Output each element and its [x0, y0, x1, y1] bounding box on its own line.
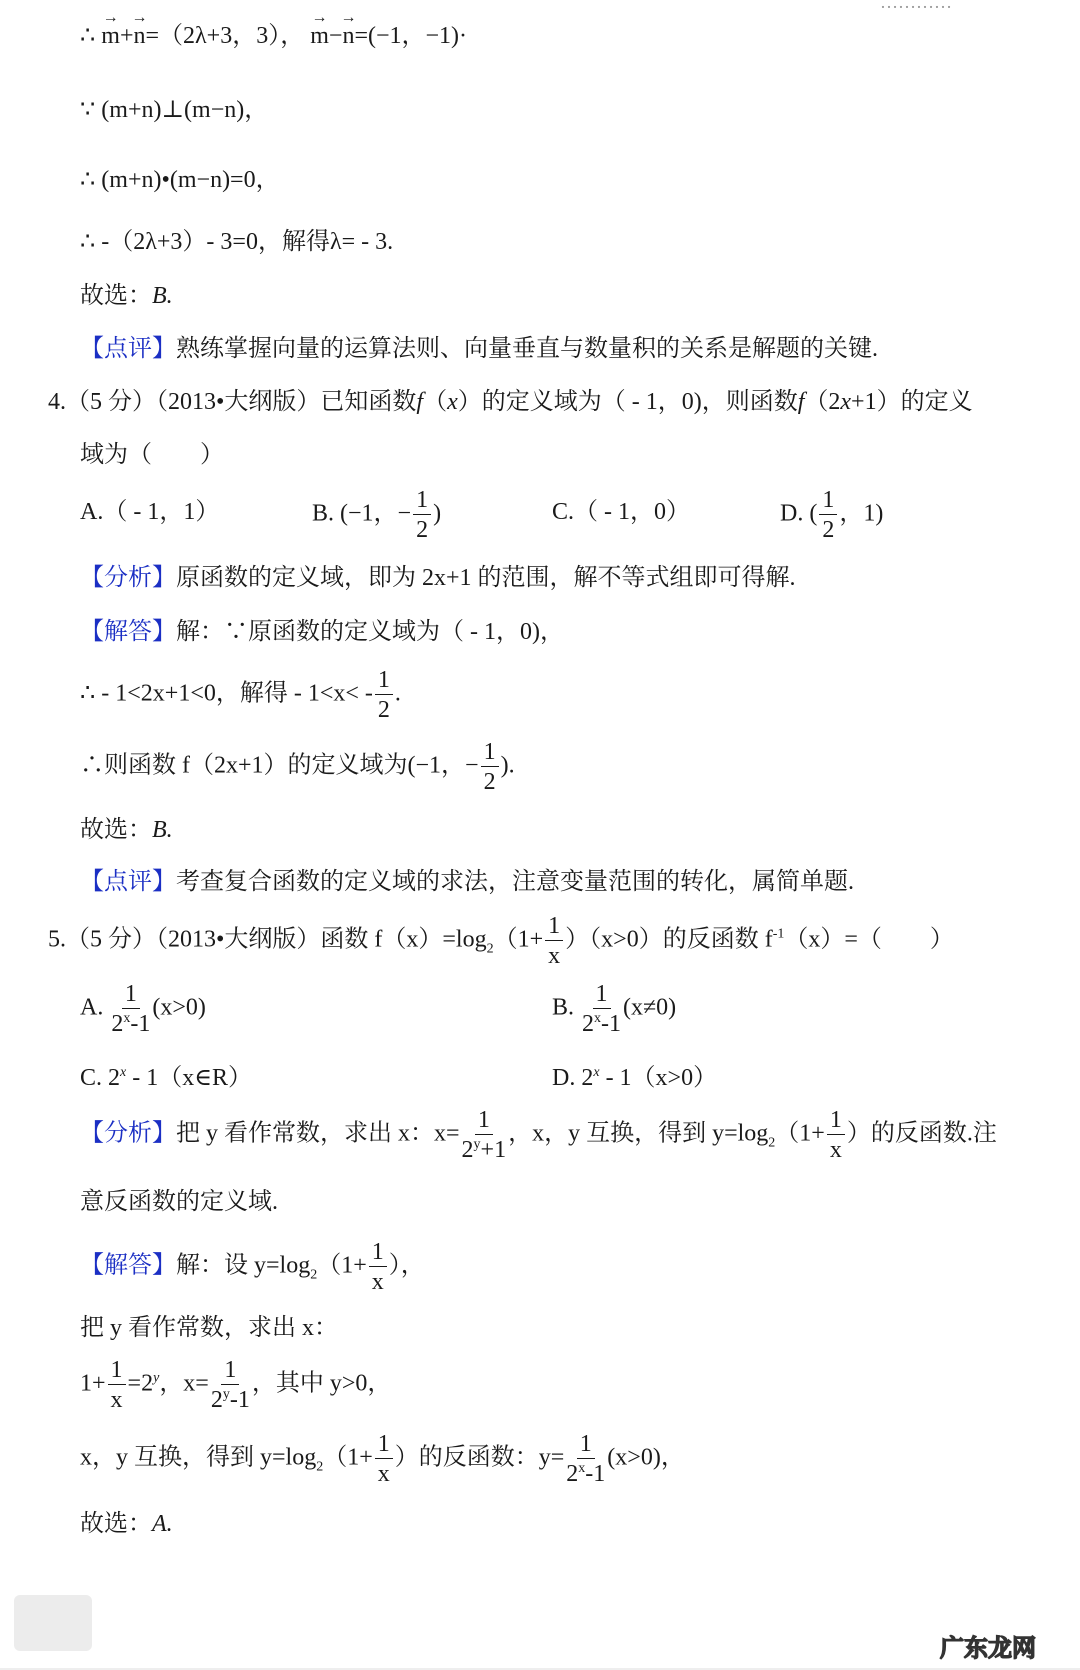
condition: (x>0): [152, 995, 206, 1021]
vector-m: m: [101, 24, 120, 48]
base: 2: [581, 1065, 593, 1091]
q3-equation-line: ∴ -（2λ+3）- 3=0，解得λ= - 3.: [80, 230, 393, 254]
q4-comment: 【点评】考查复合函数的定义域的求法，注意变量范围的转化，属简单题.: [80, 870, 854, 894]
base: 2: [108, 1065, 120, 1091]
q5-solution-line3: 1+1x=2y，x=12y-1，其中 y>0，: [80, 1358, 391, 1412]
floating-corner-button[interactable]: [14, 1595, 92, 1651]
q5-stem: 5.（5 分）（2013•大纲版）函数 f（x）=log2（1+1x）（x>0）…: [48, 914, 954, 968]
q5-analysis-line1: 【分析】把 y 看作常数，求出 x：x=12y+1，x，y 互换，得到 y=lo…: [80, 1108, 997, 1162]
q4-solution-line3: ∴则函数 f（2x+1）的定义域为(−1，−12).: [80, 740, 515, 794]
q3-comment: 【点评】熟练掌握向量的运算法则、向量垂直与数量积的关系是解题的关键.: [80, 337, 878, 361]
sum-value: =（2λ+3，3），: [146, 23, 305, 49]
denominator: 2y+1: [462, 1135, 507, 1162]
q5-option-d: D. 2x - 1（x>0）: [552, 1066, 717, 1090]
solution-text: ∴则函数 f（2x+1）的定义域为(−1，−: [80, 753, 479, 779]
fraction: 1x: [375, 1432, 393, 1486]
solution-text: =2: [128, 1371, 154, 1397]
solution-text: 1+: [80, 1371, 106, 1397]
fraction: 12x-1: [582, 982, 621, 1036]
denominator: 2x-1: [111, 1009, 150, 1036]
analysis-text: ，x，y 互换，得到 y=log: [508, 1121, 768, 1147]
denominator: x: [548, 941, 560, 968]
q3-perpendicular-line: ∵ (m+n)⊥(m−n)，: [80, 98, 268, 122]
difference-value: =(−1，−1)·: [354, 23, 467, 49]
q4-stem-line1: 4.（5 分）（2013•大纲版）已知函数f（x）的定义域为（ - 1，0)，则…: [48, 390, 973, 414]
stem-text: 函数 f（x）=log: [320, 927, 486, 953]
option-text: - 1（x∈R）: [126, 1065, 252, 1091]
q4-stem-line2: 域为（ ）: [80, 443, 224, 467]
solution-tag: 【解答】: [80, 1253, 176, 1279]
question-number: 4.: [48, 389, 66, 415]
minus-sign: −: [329, 23, 343, 49]
base: 2: [566, 1461, 578, 1487]
numerator: 1: [375, 1432, 393, 1459]
fraction: 1x: [108, 1358, 126, 1412]
denominator: 2x-1: [566, 1459, 605, 1486]
option-label: A.: [80, 499, 103, 525]
answer-label: 故选：: [80, 283, 152, 309]
den-rest: +1: [481, 1137, 507, 1163]
q5-solution-line4: x，y 互换，得到 y=log2（1+1x）的反函数：y=12x-1(x>0)，: [80, 1432, 685, 1486]
numerator: 1: [413, 488, 431, 515]
option-label: C.: [552, 499, 574, 525]
q4-option-c: C.（ - 1，0）: [552, 500, 690, 524]
option-text: ，1): [839, 501, 883, 527]
analysis-text: 原函数的定义域，即为 2x+1 的范围，解不等式组即可得解.: [176, 565, 796, 591]
numerator: 1: [819, 488, 837, 515]
q5-solution-line1: 【解答】解：设 y=log2（1+1x），: [80, 1240, 425, 1294]
stem-text: （1+: [494, 927, 544, 953]
solution-text: ).: [501, 753, 515, 779]
q4-analysis: 【分析】原函数的定义域，即为 2x+1 的范围，解不等式组即可得解.: [80, 566, 796, 590]
vector-n: n: [134, 24, 146, 48]
stem-text: +1）的定义: [851, 389, 973, 415]
question-meta: （5 分）（2013•大纲版）: [66, 927, 320, 953]
question-meta: （5 分）（2013•大纲版）: [66, 389, 320, 415]
option-text: （ - 1，1）: [103, 499, 219, 525]
q4-option-b: B. (−1，−12): [312, 488, 441, 542]
fraction: 12: [375, 668, 393, 722]
option-label: D.: [552, 1065, 575, 1091]
log-base: 2: [487, 941, 494, 956]
option-label: A.: [80, 995, 103, 1021]
q5-solution-line2: 把 y 看作常数，求出 x：: [80, 1316, 338, 1340]
solution-tag: 【解答】: [80, 619, 176, 645]
stem-text: ）（x>0）的反函数 f: [565, 927, 773, 953]
q3-answer: 故选：B.: [80, 284, 173, 308]
option-label: C.: [80, 1065, 102, 1091]
fraction: 1x: [369, 1240, 387, 1294]
comment-tag: 【点评】: [80, 336, 176, 362]
q4-solution-line1: 【解答】解：∵原函数的定义域为（ - 1，0)，: [80, 620, 564, 644]
fraction: 12x-1: [566, 1432, 605, 1486]
q3-dot-product-line: ∴ (m+n)•(m−n)=0，: [80, 168, 280, 192]
perpendicular-statement: (m+n)⊥(m−n)，: [101, 97, 268, 123]
denominator: 2y-1: [211, 1385, 250, 1412]
stem-text: 已知函数: [320, 389, 416, 415]
option-text: - 1（x>0）: [600, 1065, 718, 1091]
vector-m: m: [310, 24, 329, 48]
q3-vector-sum-line: ∴ m+n=（2λ+3，3）， m−n=(−1，−1)·: [80, 24, 467, 48]
solution-text: ∴ - 1<2x+1<0，解得 - 1<x< -: [80, 681, 373, 707]
solution-text: (x>0)，: [607, 1445, 685, 1471]
numerator: 1: [221, 1358, 239, 1385]
analysis-tag: 【分析】: [80, 565, 176, 591]
solution-text: （1+: [317, 1253, 367, 1279]
question-number: 5.: [48, 927, 66, 953]
den-rest: -1: [130, 1011, 150, 1037]
exponent: y: [223, 1387, 230, 1402]
option-label: D.: [780, 501, 803, 527]
fraction: 12: [413, 488, 431, 542]
q5-answer: 故选：A.: [80, 1512, 173, 1536]
inverse-exponent: -1: [773, 927, 785, 942]
base: 2: [582, 1011, 594, 1037]
solution-text: ）的反函数：y=: [395, 1445, 565, 1471]
q5-option-b: B. 12x-1(x≠0): [552, 982, 676, 1036]
option-text: （ - 1，0）: [574, 499, 690, 525]
answer-value: B.: [152, 283, 173, 309]
solution-text: 解：∵原函数的定义域为（ - 1，0)，: [176, 619, 564, 645]
variable-x: x: [840, 389, 851, 415]
solution-text: .: [395, 681, 401, 707]
numerator: 1: [369, 1240, 387, 1267]
numerator: 1: [577, 1432, 595, 1459]
option-text: (: [809, 501, 817, 527]
plus-sign: +: [120, 23, 134, 49]
fraction: 1x: [545, 914, 563, 968]
q4-answer: 故选：B.: [80, 818, 173, 842]
exponent: y: [474, 1137, 481, 1152]
option-text: ): [433, 501, 441, 527]
analysis-tag: 【分析】: [80, 1121, 176, 1147]
base: 2: [111, 1011, 123, 1037]
q5-analysis-line2: 意反函数的定义域.: [80, 1190, 278, 1214]
solution-text: ，x=: [159, 1371, 209, 1397]
denominator: x: [830, 1135, 842, 1162]
stem-text: （: [423, 389, 447, 415]
numerator: 1: [481, 740, 499, 767]
numerator: 1: [827, 1108, 845, 1135]
option-text: (−1，−: [340, 501, 411, 527]
because-symbol: ∵: [80, 97, 95, 123]
denominator: 2x-1: [582, 1009, 621, 1036]
exponent: x: [594, 1011, 601, 1026]
analysis-text: （1+: [775, 1121, 825, 1147]
q4-solution-line2: ∴ - 1<2x+1<0，解得 - 1<x< -12.: [80, 668, 401, 722]
q5-option-a: A. 12x-1(x>0): [80, 982, 206, 1036]
base: 2: [211, 1387, 223, 1413]
solution-text: ，其中 y>0，: [252, 1371, 392, 1397]
option-label: B.: [312, 501, 334, 527]
variable-x: x: [447, 389, 458, 415]
den-rest: -1: [230, 1387, 250, 1413]
numerator: 1: [545, 914, 563, 941]
denominator: 2: [484, 767, 496, 794]
answer-label: 故选：: [80, 1511, 152, 1537]
numerator: 1: [593, 982, 611, 1009]
den-rest: -1: [601, 1011, 621, 1037]
site-watermark-logo: 广东龙网: [940, 1628, 1036, 1663]
stem-text: （x）=（ ）: [784, 927, 954, 953]
answer-label: 故选：: [80, 817, 152, 843]
fraction: 12x-1: [111, 982, 150, 1036]
numerator: 1: [375, 668, 393, 695]
fraction: 12: [819, 488, 837, 542]
denominator: x: [378, 1459, 390, 1486]
cropped-header-fragment: …………: [880, 0, 952, 13]
dot-product-statement: (m+n)•(m−n)=0，: [101, 167, 279, 193]
comment-text: 考查复合函数的定义域的求法，注意变量范围的转化，属简单题.: [176, 869, 854, 895]
q4-option-a: A.（ - 1，1）: [80, 500, 219, 524]
analysis-text: ）的反函数.注: [847, 1121, 997, 1147]
option-label: B.: [552, 995, 574, 1021]
comment-tag: 【点评】: [80, 869, 176, 895]
denominator: x: [111, 1385, 123, 1412]
solution-text: 解：设 y=log: [176, 1253, 310, 1279]
base: 2: [462, 1137, 474, 1163]
condition: (x≠0): [623, 995, 676, 1021]
fraction: 1x: [827, 1108, 845, 1162]
denominator: x: [372, 1267, 384, 1294]
fraction: 12: [481, 740, 499, 794]
therefore-symbol: ∴: [80, 23, 95, 49]
answer-value: B.: [152, 817, 173, 843]
denominator: 2: [416, 515, 428, 542]
q5-option-c: C. 2x - 1（x∈R）: [80, 1066, 252, 1090]
vector-n: n: [342, 24, 354, 48]
fraction: 12y+1: [462, 1108, 507, 1162]
den-rest: -1: [585, 1461, 605, 1487]
analysis-text: 把 y 看作常数，求出 x：x=: [176, 1121, 460, 1147]
denominator: 2: [822, 515, 834, 542]
therefore-symbol: ∴: [80, 167, 95, 193]
answer-value: A.: [152, 1511, 173, 1537]
numerator: 1: [122, 982, 140, 1009]
numerator: 1: [108, 1358, 126, 1385]
comment-text: 熟练掌握向量的运算法则、向量垂直与数量积的关系是解题的关键.: [176, 336, 878, 362]
q4-option-d: D. (12，1): [780, 488, 883, 542]
solution-text: （1+: [323, 1445, 373, 1471]
stem-text: ）的定义域为（ - 1，0)，则函数: [458, 389, 798, 415]
stem-text: （2: [804, 389, 840, 415]
solution-text: ），: [389, 1253, 425, 1279]
solution-text: x，y 互换，得到 y=log: [80, 1445, 316, 1471]
numerator: 1: [475, 1108, 493, 1135]
fraction: 12y-1: [211, 1358, 250, 1412]
denominator: 2: [378, 695, 390, 722]
